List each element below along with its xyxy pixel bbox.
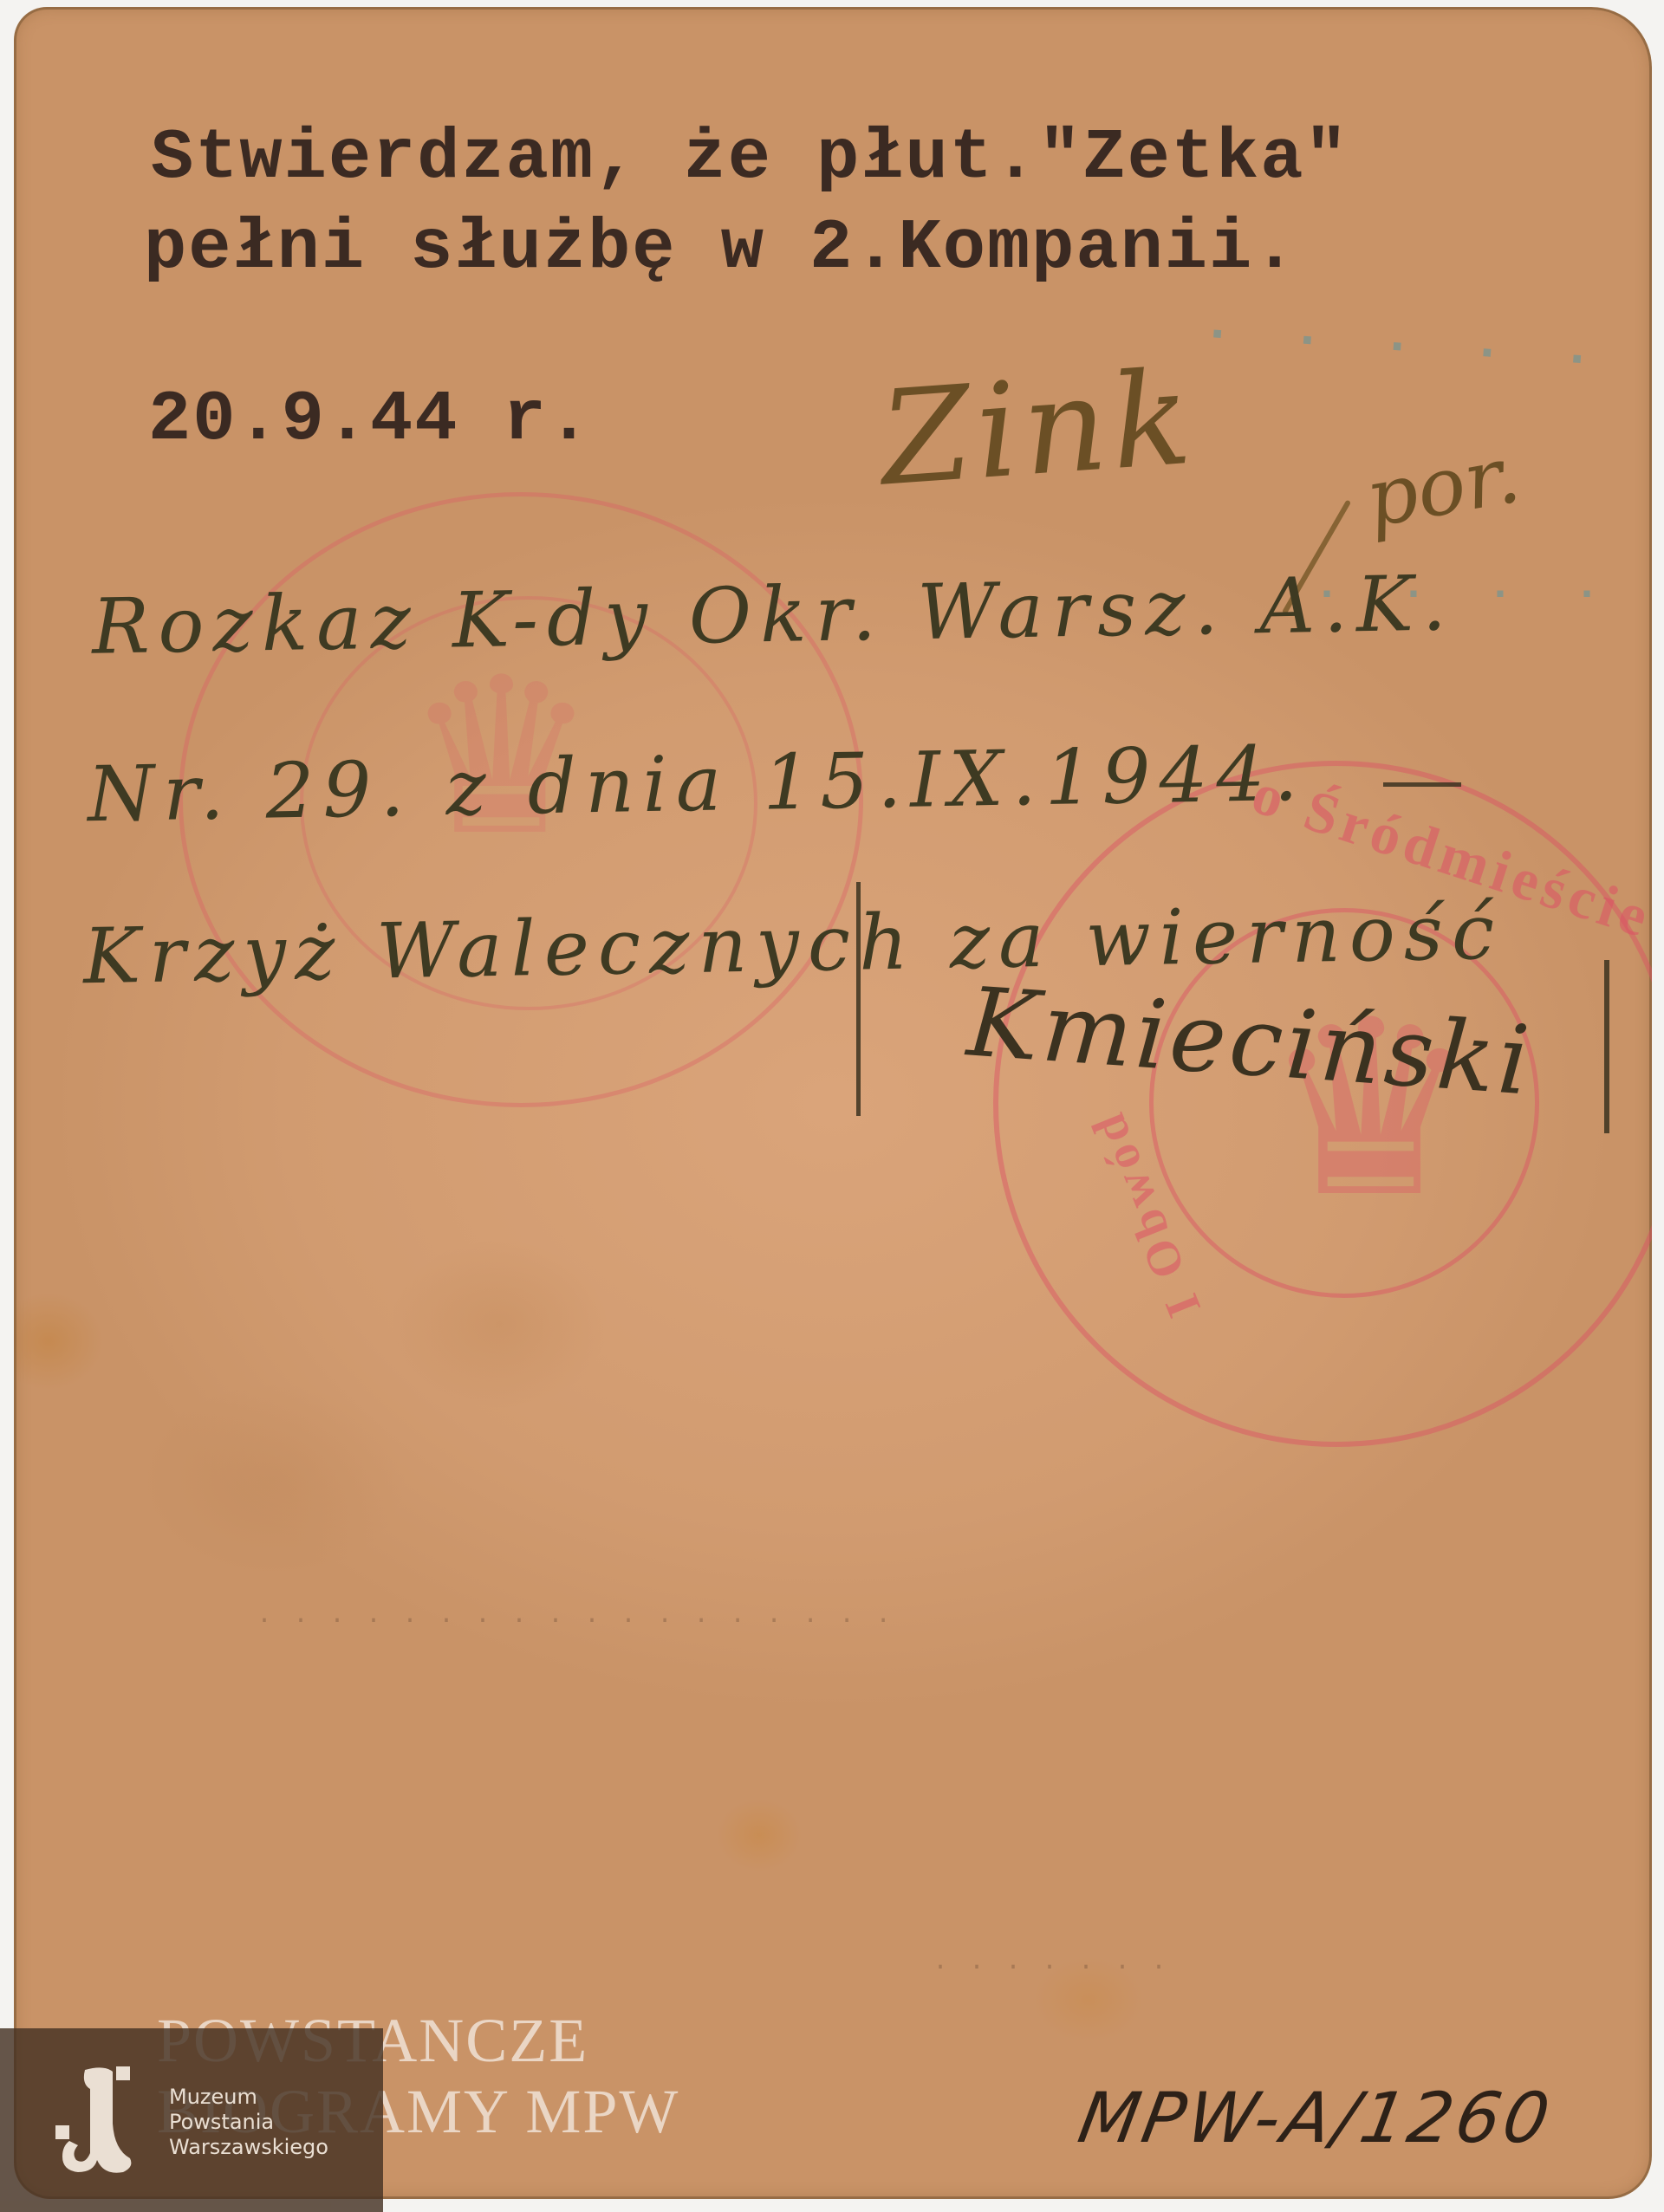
signature-officer: Zink	[875, 343, 1200, 516]
typed-date: 20.9.44 r.	[148, 379, 592, 460]
logo-text-line-3: Warszawskiego	[169, 2135, 328, 2160]
document-card: ♛ ♛ o Śródmieście I Obwód · · · · · · · …	[14, 7, 1652, 2199]
pencil-stroke	[1604, 960, 1609, 1133]
signature-rank: por.	[1359, 427, 1526, 545]
logo-text-line-2: Powstania	[169, 2110, 328, 2135]
pencil-stroke	[856, 882, 861, 1116]
logo-text-line-1: Muzeum	[169, 2085, 328, 2110]
faint-typed-line: . . . . . . . . . . . . . . . . . .	[257, 1601, 894, 1631]
page: ♛ ♛ o Śródmieście I Obwód · · · · · · · …	[0, 0, 1664, 2212]
typed-statement-line-1: Stwierdzam, że płut."Zetka"	[151, 118, 1349, 198]
typed-statement-line-2: pełni służbę w 2.Kompanii.	[144, 208, 1297, 289]
catalog-number: MPW-A/1260	[1073, 2078, 1559, 2158]
museum-logo-text: Muzeum Powstania Warszawskiego	[169, 2085, 328, 2160]
blue-stamp-fragment: · · · · ·	[1199, 305, 1609, 392]
faint-typed-line: . . . . . . .	[933, 1948, 1169, 1977]
anchor-kotwica-icon	[52, 2063, 147, 2176]
pencil-dash	[1383, 782, 1461, 787]
museum-logo-badge: Muzeum Powstania Warszawskiego	[0, 2028, 383, 2212]
